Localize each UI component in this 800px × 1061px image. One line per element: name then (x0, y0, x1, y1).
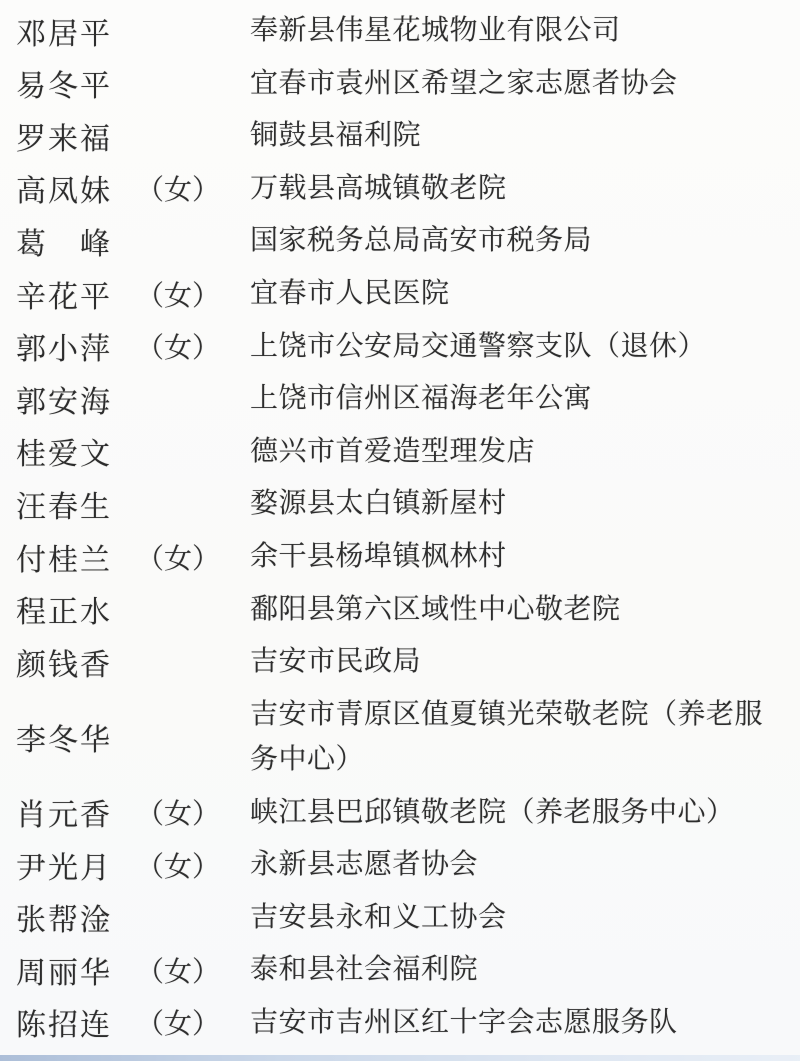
list-item: 肖元香 （女） 峡江县巴邱镇敬老院（养老服务中心） (16, 790, 780, 835)
gender-marker: （女） (136, 537, 250, 577)
person-name: 邓居平 (16, 9, 136, 53)
person-name: 高凤妹 (16, 166, 136, 210)
organization-name: 国家税务总局高安市税务局 (250, 218, 780, 263)
person-name: 汪春生 (16, 482, 136, 526)
list-item: 辛花平 （女） 宜春市人民医院 (16, 271, 780, 316)
person-name: 辛花平 (16, 272, 136, 316)
organization-name: 鄱阳县第六区域性中心敬老院 (250, 587, 780, 632)
list-item: 高凤妹 （女） 万载县高城镇敬老院 (16, 166, 780, 211)
list-item: 葛 峰 国家税务总局高安市税务局 (16, 218, 780, 263)
gender-marker: （女） (136, 274, 250, 314)
person-name: 张帮淦 (16, 895, 136, 939)
gender-marker: （女） (136, 845, 250, 885)
list-item: 张帮淦 吉安县永和义工协会 (16, 895, 780, 940)
list-item: 桂爱文 德兴市首爱造型理发店 (16, 429, 780, 474)
person-name: 付桂兰 (16, 535, 136, 579)
list-item: 程正水 鄱阳县第六区域性中心敬老院 (16, 587, 780, 632)
gender-marker: （女） (136, 792, 250, 832)
gender-marker: （女） (136, 168, 250, 208)
organization-name: 奉新县伟星花城物业有限公司 (250, 8, 780, 53)
document-page: 邓居平 奉新县伟星花城物业有限公司 易冬平 宜春市袁州区希望之家志愿者协会 罗来… (0, 0, 800, 1061)
gender-marker: （女） (136, 950, 250, 990)
organization-name: 宜春市袁州区希望之家志愿者协会 (250, 61, 780, 106)
person-name: 桂爱文 (16, 429, 136, 473)
organization-name: 吉安市民政局 (250, 639, 780, 684)
list-item: 周丽华 （女） 泰和县社会福利院 (16, 947, 780, 992)
list-item: 汪春生 婺源县太白镇新屋村 (16, 481, 780, 526)
person-name: 颜钱香 (16, 640, 136, 684)
list-item: 李冬华 吉安市青原区值夏镇光荣敬老院（养老服务中心） (16, 692, 780, 782)
list-item: 罗来福 铜鼓县福利院 (16, 113, 780, 158)
organization-name: 德兴市首爱造型理发店 (250, 429, 780, 474)
gender-marker: （女） (136, 1002, 250, 1042)
list-item: 郭小萍 （女） 上饶市公安局交通警察支队（退休） (16, 324, 780, 369)
name-roster-list: 邓居平 奉新县伟星花城物业有限公司 易冬平 宜春市袁州区希望之家志愿者协会 罗来… (0, 0, 800, 1055)
organization-name: 万载县高城镇敬老院 (250, 166, 780, 211)
organization-name: 宜春市人民医院 (250, 271, 780, 316)
list-item: 邓居平 奉新县伟星花城物业有限公司 (16, 8, 780, 53)
organization-name: 峡江县巴邱镇敬老院（养老服务中心） (250, 790, 780, 835)
bottom-page-edge-strip (0, 1055, 800, 1061)
person-name: 郭小萍 (16, 324, 136, 368)
person-name: 李冬华 (16, 715, 136, 759)
organization-name: 吉安县永和义工协会 (250, 895, 780, 940)
person-name: 尹光月 (16, 843, 136, 887)
organization-name: 吉安市吉州区红十字会志愿服务队 (250, 1000, 780, 1045)
person-name: 易冬平 (16, 61, 136, 105)
list-item: 付桂兰 （女） 余干县杨埠镇枫林村 (16, 534, 780, 579)
organization-name: 永新县志愿者协会 (250, 842, 780, 887)
list-item: 郭安海 上饶市信州区福海老年公寓 (16, 376, 780, 421)
organization-name: 上饶市公安局交通警察支队（退休） (250, 324, 780, 369)
organization-name: 余干县杨埠镇枫林村 (250, 534, 780, 579)
person-name: 肖元香 (16, 790, 136, 834)
organization-name: 上饶市信州区福海老年公寓 (250, 376, 780, 421)
gender-marker: （女） (136, 326, 250, 366)
list-item: 陈招连 （女） 吉安市吉州区红十字会志愿服务队 (16, 1000, 780, 1045)
list-item: 易冬平 宜春市袁州区希望之家志愿者协会 (16, 61, 780, 106)
list-item: 尹光月 （女） 永新县志愿者协会 (16, 842, 780, 887)
person-name: 郭安海 (16, 377, 136, 421)
organization-name: 婺源县太白镇新屋村 (250, 481, 780, 526)
organization-name: 泰和县社会福利院 (250, 947, 780, 992)
list-item: 颜钱香 吉安市民政局 (16, 639, 780, 684)
organization-name: 吉安市青原区值夏镇光荣敬老院（养老服务中心） (250, 692, 780, 782)
organization-name: 铜鼓县福利院 (250, 113, 780, 158)
person-name: 罗来福 (16, 114, 136, 158)
person-name: 陈招连 (16, 1000, 136, 1044)
person-name: 程正水 (16, 587, 136, 631)
person-name: 周丽华 (16, 948, 136, 992)
person-name: 葛 峰 (16, 219, 136, 263)
